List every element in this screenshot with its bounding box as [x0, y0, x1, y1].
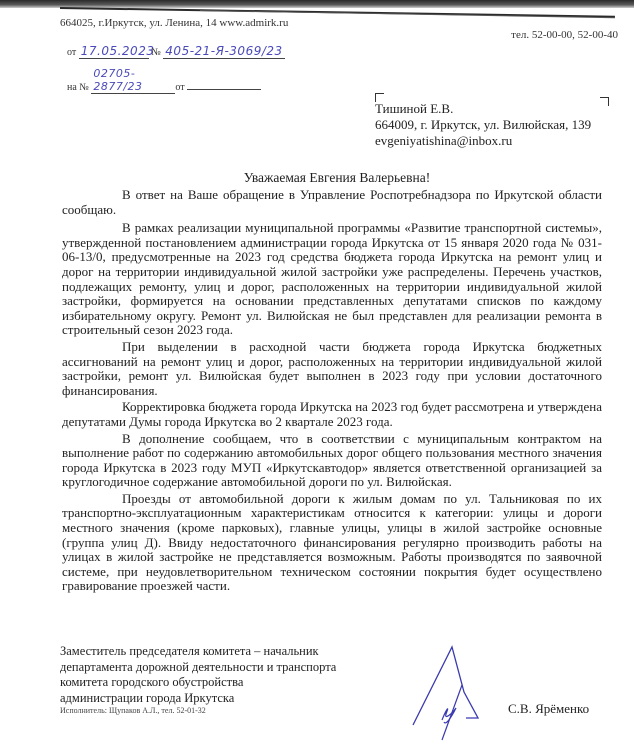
ref-date-field: 17.05.2023 [79, 44, 149, 59]
executor-info: Исполнитель: Щупаков А.Л., тел. 52-01-32 [60, 706, 336, 716]
salutation: Уважаемая Евгения Валерьевна! [0, 170, 634, 186]
signatory-block: Заместитель председателя комитета – нача… [60, 644, 336, 716]
signatory-title-line: департамента дорожной деятельности и тра… [60, 660, 336, 676]
signatory-name: С.В. Ярёменко [508, 701, 589, 717]
paragraph: В дополнение сообщаем, что в соответстви… [62, 432, 602, 490]
handwritten-signature-icon [400, 630, 490, 750]
paragraph: В рамках реализации муниципальной програ… [62, 221, 602, 338]
ref-reply-number: 02705-2877/23 [93, 67, 142, 93]
signatory-title-line: Заместитель председателя комитета – нача… [60, 644, 336, 660]
incoming-reference: на № 02705-2877/23от [67, 67, 261, 94]
signatory-title-line: комитета городского обустройства [60, 675, 336, 691]
ref-number: 405-21-Я-3069/23 [165, 44, 282, 58]
paragraph: Проезды от автомобильной дороги к жилым … [62, 492, 602, 594]
ref-reply-field: 02705-2877/23 [91, 67, 175, 94]
paragraph: В ответ на Ваше обращение в Управление Р… [62, 188, 602, 217]
recipient-block: Тишиной Е.В. 664009, г. Иркутск, ул. Вил… [375, 101, 591, 149]
signatory-title-line: администрации города Иркутска [60, 691, 336, 707]
ref-reply-date-field [187, 79, 261, 90]
letter-body: В ответ на Ваше обращение в Управление Р… [62, 186, 602, 594]
paragraph: Корректировка бюджета города Иркутска на… [62, 400, 602, 429]
ref-number-field: 405-21-Я-3069/23 [163, 44, 285, 59]
ref-reply-from-label: от [175, 82, 184, 93]
recipient-name: Тишиной Е.В. [375, 101, 591, 117]
ref-date: 17.05.2023 [81, 44, 155, 58]
recipient-address: 664009, г. Иркутск, ул. Вилюйская, 139 [375, 117, 591, 133]
address-corner-mark-right [600, 97, 609, 106]
ref-from-label: от [67, 47, 76, 58]
paragraph: При выделении в расходной части бюджета … [62, 340, 602, 398]
ref-number-label: № [151, 47, 161, 58]
outgoing-reference: от 17.05.2023 № 405-21-Я-3069/23 [67, 44, 285, 59]
letterhead-phone: тел. 52-00-00, 52-00-40 [511, 29, 618, 41]
recipient-email: evgeniyatishina@inbox.ru [375, 133, 591, 149]
ref-reply-label: на № [67, 82, 89, 93]
letterhead-address: 664025, г.Иркутск, ул. Ленина, 14 www.ad… [60, 17, 288, 29]
